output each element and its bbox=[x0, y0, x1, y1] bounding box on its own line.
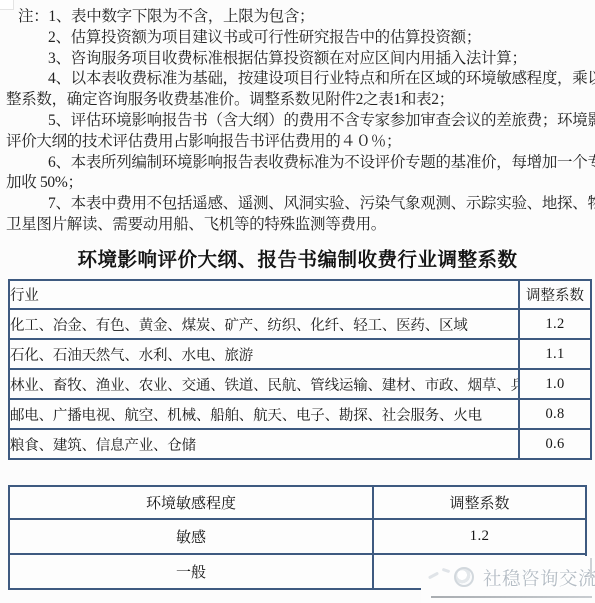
coefficient-column-header: 调整系数 bbox=[519, 280, 591, 309]
coefficient-column-header: 调整系数 bbox=[373, 486, 586, 519]
sensitivity-level-cell: 一般 bbox=[9, 554, 373, 589]
watermark-right-edge bbox=[590, 558, 592, 578]
watermark-logo-icon bbox=[454, 567, 474, 587]
industry-column-header: 行业 bbox=[9, 280, 519, 309]
watermark-dash bbox=[428, 572, 439, 580]
table-row: 石化、石油天然气、水利、水电、旅游 1.1 bbox=[9, 339, 591, 369]
note-line: 加收 50%； bbox=[5, 173, 594, 194]
table-row: 敏感 1.2 bbox=[9, 519, 586, 554]
industry-table-header-row: 行业 调整系数 bbox=[9, 280, 591, 309]
table-row: 粮食、建筑、信息产业、仓储 0.6 bbox=[9, 429, 591, 459]
watermark-text: 社稳咨询交流 bbox=[483, 565, 595, 591]
industry-table-title: 环境影响评价大纲、报告书编制收费行业调整系数 bbox=[0, 244, 595, 272]
note-line: 2、估算投资额为项目建议书或可行性研究报告中的估算投资额； bbox=[5, 28, 594, 49]
note-line: 6、本表所列编制环境影响报告表收费标准为不设评价专题的基准价，每增加一个专题 bbox=[5, 153, 594, 174]
coefficient-cell: 1.1 bbox=[519, 339, 591, 369]
coefficient-cell: 1.2 bbox=[519, 309, 591, 339]
table-row: 林业、畜牧、渔业、农业、交通、铁道、民航、管线运输、建材、市政、烟草、兵器 1.… bbox=[9, 369, 591, 399]
coefficient-cell: 1.2 bbox=[373, 519, 586, 554]
coefficient-cell: 0.8 bbox=[519, 399, 591, 429]
note-line: 整系数，确定咨询服务收费基准价。调整系数见附件2之表1和表2； bbox=[5, 90, 594, 111]
industry-cell: 邮电、广播电视、航空、机械、船舶、航天、电子、勘探、社会服务、火电 bbox=[9, 399, 519, 429]
industry-table: 行业 调整系数 化工、冶金、有色、黄金、煤炭、矿产、纺织、化纤、轻工、医药、区域… bbox=[8, 279, 592, 460]
coefficient-cell: 1.0 bbox=[519, 369, 591, 399]
sensitivity-level-cell: 敏感 bbox=[9, 519, 373, 554]
table-row: 化工、冶金、有色、黄金、煤炭、矿产、纺织、化纤、轻工、医药、区域 1.2 bbox=[9, 309, 591, 339]
note-line: 3、咨询服务项目收费标准根据估算投资额在对应区间内用插入法计算； bbox=[5, 49, 594, 70]
notes-section: 注：1、表中数字下限为不含，上限为包含； 2、估算投资额为项目建议书或可行性研究… bbox=[5, 7, 594, 236]
document-page: 注：1、表中数字下限为不含，上限为包含； 2、估算投资额为项目建议书或可行性研究… bbox=[0, 0, 595, 603]
table-row: 邮电、广播电视、航空、机械、船舶、航天、电子、勘探、社会服务、火电 0.8 bbox=[9, 399, 591, 429]
sensitivity-column-header: 环境敏感程度 bbox=[9, 486, 373, 519]
industry-cell: 粮食、建筑、信息产业、仓储 bbox=[9, 429, 519, 459]
note-line: 卫星图片解读、需要动用船、飞机等的特殊监测等费用。 bbox=[5, 215, 594, 236]
note-line: 4、以本表收费标准为基础，按建设项目行业特点和所在区域的环境敏感程度，乘以调 bbox=[5, 69, 594, 90]
note-line: 注：1、表中数字下限为不含，上限为包含； bbox=[5, 7, 594, 28]
watermark-bottom-edge bbox=[431, 596, 592, 598]
watermark: 社稳咨询交流 bbox=[421, 556, 595, 603]
watermark-dash bbox=[442, 568, 451, 573]
industry-cell: 石化、石油天然气、水利、水电、旅游 bbox=[9, 339, 519, 369]
industry-cell: 化工、冶金、有色、黄金、煤炭、矿产、纺织、化纤、轻工、医药、区域 bbox=[9, 309, 519, 339]
coefficient-cell: 0.6 bbox=[519, 429, 591, 459]
sensitivity-table-header-row: 环境敏感程度 调整系数 bbox=[9, 486, 586, 519]
note-line: 7、本表中费用不包括遥感、遥测、风洞实验、污染气象观测、示踪实验、地探、物探、 bbox=[5, 194, 594, 215]
industry-cell: 林业、畜牧、渔业、农业、交通、铁道、民航、管线运输、建材、市政、烟草、兵器 bbox=[9, 369, 519, 399]
note-line: 5、评估环境影响报告书（含大纲）的费用不含专家参加审查会议的差旅费；环境影响 bbox=[5, 111, 594, 132]
note-line: 评价大纲的技术评估费用占影响报告书评估费用的４０％； bbox=[5, 132, 594, 153]
